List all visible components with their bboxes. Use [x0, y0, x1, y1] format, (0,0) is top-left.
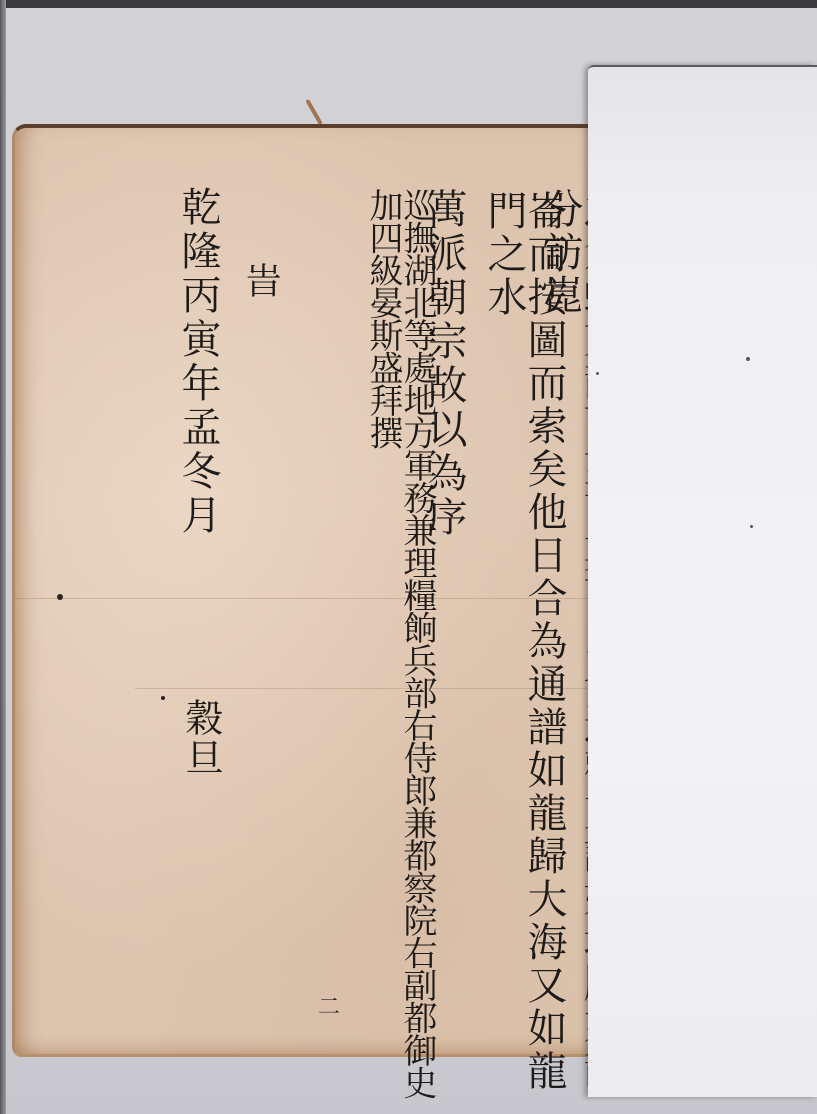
white-cover-sheet	[588, 65, 817, 1097]
time-marker-column: 旹	[242, 262, 278, 298]
ink-speck	[161, 696, 165, 700]
page-number: 二	[318, 990, 340, 1021]
ink-speck	[57, 594, 63, 600]
scanner-left-edge	[0, 0, 6, 1114]
speck	[746, 357, 750, 361]
date-column: 乾隆丙寅年孟冬月	[178, 186, 218, 538]
auspicious-day-column: 穀旦	[182, 698, 220, 778]
speck	[750, 525, 753, 528]
speck	[596, 372, 599, 375]
author-title-column: 巡撫湖北等處地方軍務兼理糧餉兵部右侍郎兼都察院右副都御史加四級晏斯盛拜撰	[366, 188, 434, 1114]
text-column-2: 崙而按圖而索矣他日合為通譜如龍歸大海又如龍門之水	[484, 190, 564, 1114]
scanner-top-edge	[0, 0, 817, 8]
